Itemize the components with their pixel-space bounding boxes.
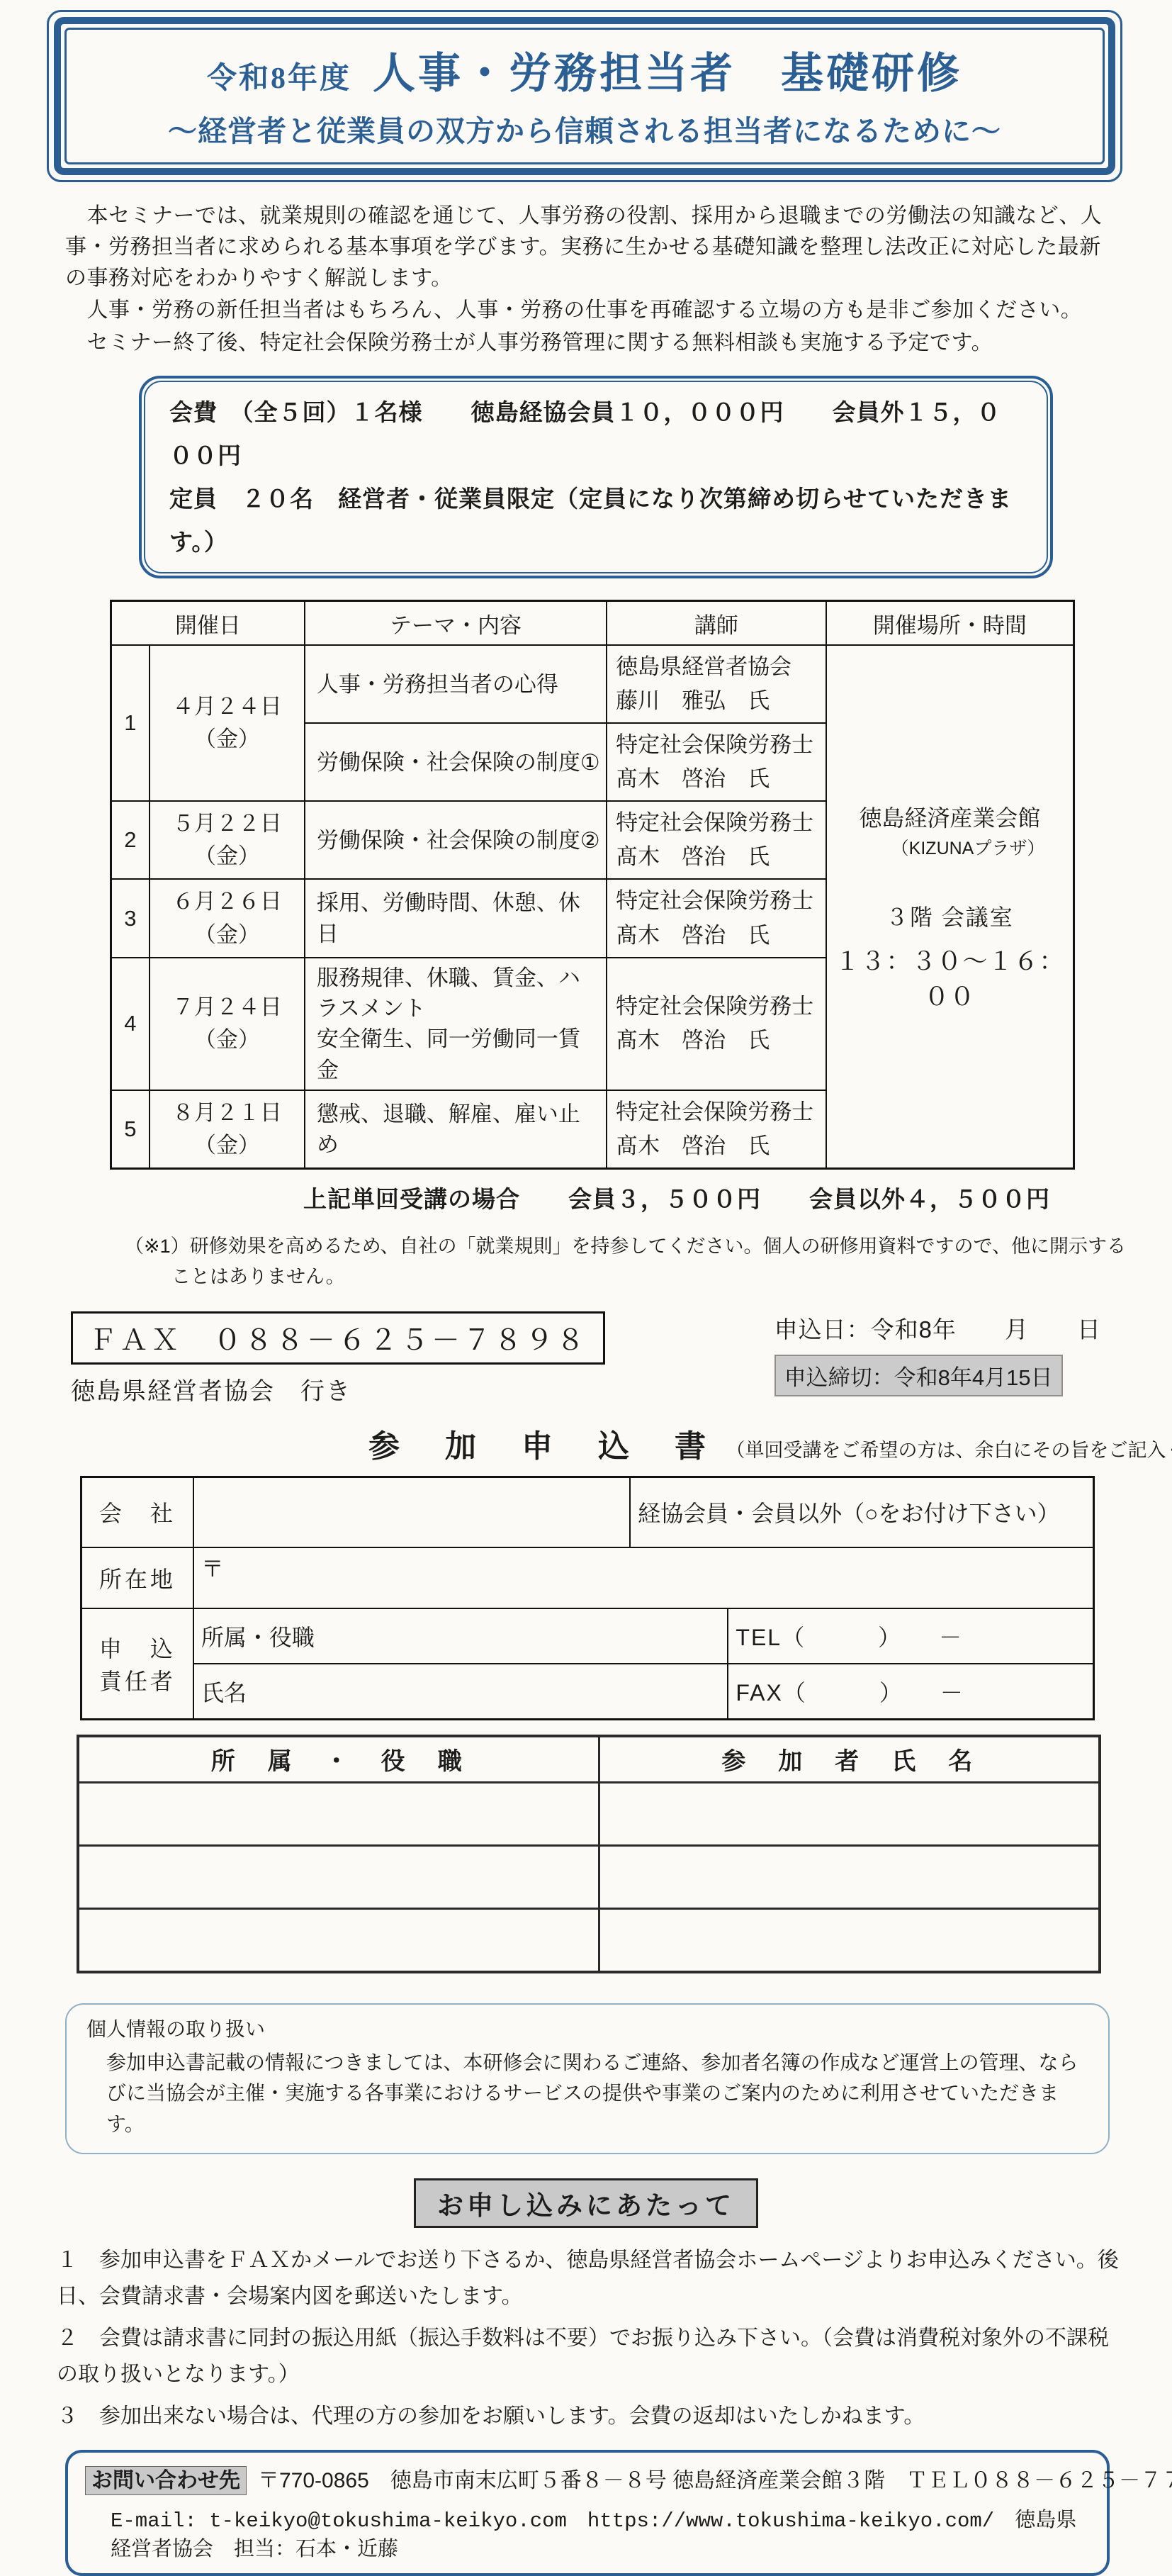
fee-line: 会費 （全５回）１名様 徳島経協会員１０，０００円 会員外１５，０００円 [169,391,1022,477]
session-no: 4 [111,958,150,1091]
applicant-name-row: 氏名 FAX（ ） － [81,1664,1094,1719]
participants-header-name: 参 加 者 氏 名 [599,1736,1100,1783]
session-date: ６月２６日 （金） [150,879,305,957]
membership-select-field[interactable]: 経協会員・会員以外（○をお付け下さい） [630,1477,1093,1547]
session-lecturer: 特定社会保険労務士 髙木 啓治 氏 [607,1090,826,1169]
tel-field[interactable]: TEL（ ） － [728,1608,1093,1664]
session-theme: 労働保険・社会保険の制度② [305,801,607,879]
company-input-field[interactable] [193,1477,630,1547]
participant-row [78,1845,1100,1908]
application-form-table: 会 社 経協会員・会員以外（○をお付け下さい） 所在地 〒 申 込 責任者 所属… [80,1476,1095,1720]
application-note-2: ２ 会費は請求書に同封の振込用紙（振込手数料は不要）でお振り込み下さい。（会費は… [57,2320,1125,2392]
seminar-subtitle: ～経営者と従業員の双方から信頼される担当者になるために～ [72,108,1097,150]
seminar-title: 人事・労務担当者 基礎研修 [373,50,962,97]
venue-cell: 徳島経済産業会館 （KIZUNAプラザ） ３階 会議室 １３：３０～１６：００ [826,645,1074,1169]
participants-table: 所 属 ・ 役 職 参 加 者 氏 名 [77,1735,1101,1973]
table-row: 1 ４月２４日 （金） 人事・労務担当者の心得 徳島県経営者協会 藤川 雅弘 氏… [111,645,1074,723]
session-lecturer: 徳島県経営者協会 藤川 雅弘 氏 [607,645,826,723]
session-theme: 労働保険・社会保険の制度① [305,723,607,801]
session-no: 5 [111,1090,150,1169]
address-row: 所在地 〒 [81,1547,1094,1608]
address-label: 所在地 [81,1547,193,1608]
venue-time: １３：３０～１６：００ [828,942,1072,1013]
session-no: 1 [111,645,150,801]
session-lecturer: 特定社会保険労務士 髙木 啓治 氏 [607,879,826,957]
applicant-position-row: 申 込 責任者 所属・役職 TEL（ ） － [81,1608,1094,1664]
session-theme: 服務規律、休職、賃金、ハラスメント 安全衛生、同一労働同一賃金 [305,958,607,1091]
header-lecturer: 講師 [607,601,826,646]
application-form-title: 参 加 申 込 書 [368,1429,713,1464]
session-date: ７月２４日 （金） [150,958,305,1091]
page-title: 令和8年度 人事・労務担当者 基礎研修 [72,40,1097,101]
intro-paragraph-3: セミナー終了後、特定社会保険労務士が人事労務管理に関する無料相談も実施する予定で… [65,327,1112,359]
session-theme: 懲戒、退職、解雇、雇い止め [305,1090,607,1169]
company-label: 会 社 [81,1477,193,1547]
fiscal-year: 令和8年度 [207,62,351,95]
participants-header-row: 所 属 ・ 役 職 参 加 者 氏 名 [78,1736,1100,1783]
application-notes-list: １ 参加申込書をＦＡＸかメールでお送り下さるか、徳島県経営者協会ホームページより… [57,2242,1125,2434]
apply-date-line: 申込日：令和8年 月 日 [774,1311,1101,1345]
privacy-box: 個人情報の取り扱い 参加申込書記載の情報につきましては、本研修会に関わるご連絡、… [65,2003,1110,2155]
address-input-field[interactable]: 〒 [193,1547,1094,1608]
header-theme: テーマ・内容 [305,601,607,646]
header-venue: 開催場所・時間 [826,601,1074,646]
company-row: 会 社 経協会員・会員以外（○をお付け下さい） [81,1477,1094,1547]
applicant-position-field[interactable]: 所属・役職 [193,1608,728,1664]
participant-position-field[interactable] [78,1782,599,1845]
intro-paragraph-2: 人事・労務の新任担当者はもちろん、人事・労務の仕事を再確認する立場の方も是非ご参… [65,295,1112,326]
header-date: 開催日 [111,601,305,646]
fax-apply-row: ＦＡＸ ０８８－６２５－７８９８ 徳島県経営者協会 行き 申込日：令和8年 月 … [71,1311,1101,1406]
contact-email-web: E-mail: t-keikyo@tokushima-keikyo.com ht… [111,2504,1090,2562]
footnote-1: （※1）研修効果を高めるため、自社の「就業規則」を持参してください。個人の研修用… [125,1231,1172,1292]
privacy-title: 個人情報の取り扱い [86,2015,1088,2045]
capacity-line: 定員 ２０名 経営者・従業員限定（定員になり次第締め切らせていただきます。） [169,477,1022,564]
application-note-1: １ 参加申込書をＦＡＸかメールでお送り下さるか、徳島県経営者協会ホームページより… [57,2242,1125,2314]
session-date: ８月２１日 （金） [150,1090,305,1169]
venue-plaza: （KIZUNAプラザ） [891,834,1072,860]
applicant-name-field[interactable]: 氏名 [193,1664,728,1719]
application-form-title-row: 参 加 申 込 書 （単回受講をご希望の方は、余白にその旨をご記入ください。） [368,1421,1172,1466]
apply-deadline-badge: 申込締切：令和8年4月15日 [774,1355,1063,1396]
participant-name-field[interactable] [599,1782,1100,1845]
participants-header-position: 所 属 ・ 役 職 [78,1736,599,1783]
application-notes-heading: お申し込みにあたって [414,2178,758,2228]
participant-name-field[interactable] [599,1845,1100,1908]
venue-room: ３階 会議室 [828,900,1072,932]
participant-row [78,1908,1100,1972]
participant-position-field[interactable] [78,1908,599,1972]
contact-address: 〒770-0865 徳島市南末広町５番８－８号 徳島経済産業会館３階 ＴＥＬ０８… [258,2469,1172,2492]
applicant-label: 申 込 責任者 [81,1608,193,1719]
application-form-title-note: （単回受講をご希望の方は、余白にその旨をご記入ください。） [726,1440,1172,1461]
schedule-header-row: 開催日 テーマ・内容 講師 開催場所・時間 [111,601,1074,646]
session-theme: 採用、労働時間、休憩、休日 [305,879,607,957]
contact-label: お問い合わせ先 [85,2466,247,2495]
session-date: ５月２２日 （金） [150,801,305,879]
session-lecturer: 特定社会保険労務士 髙木 啓治 氏 [607,723,826,801]
schedule-table: 開催日 テーマ・内容 講師 開催場所・時間 1 ４月２４日 （金） 人事・労務担… [110,600,1075,1170]
intro-text: 本セミナーでは、就業規則の確認を通じて、人事労務の役割、採用から退職までの労働法… [65,201,1112,359]
fee-box: 会費 （全５回）１名様 徳島経協会員１０，０００円 会員外１５，０００円 定員 … [139,376,1053,578]
session-lecturer: 特定社会保険労務士 髙木 啓治 氏 [607,958,826,1091]
seminar-flyer-page: 令和8年度 人事・労務担当者 基礎研修 ～経営者と従業員の双方から信頼される担当… [0,0,1172,2576]
session-no: 2 [111,801,150,879]
participant-position-field[interactable] [78,1845,599,1908]
fax-addressee: 徳島県経営者協会 行き [71,1372,605,1406]
fax-number-box: ＦＡＸ ０８８－６２５－７８９８ [71,1311,605,1365]
session-date: ４月２４日 （金） [150,645,305,801]
session-no: 3 [111,879,150,957]
fax-field[interactable]: FAX（ ） － [728,1664,1093,1719]
session-lecturer: 特定社会保険労務士 髙木 啓治 氏 [607,801,826,879]
participant-row [78,1782,1100,1845]
single-session-fee: 上記単回受講の場合 会員３，５００円 会員以外４，５００円 [303,1181,1172,1214]
venue-name: 徳島経済産業会館 [828,800,1072,833]
intro-paragraph-1: 本セミナーでは、就業規則の確認を通じて、人事労務の役割、採用から退職までの労働法… [65,201,1112,293]
participant-name-field[interactable] [599,1908,1100,1972]
privacy-body: 参加申込書記載の情報につきましては、本研修会に関わるご連絡、参加者名簿の作成など… [106,2048,1088,2140]
application-note-3: ３ 参加出来ない場合は、代理の方の参加をお願いします。会費の返却はいたしかねます… [57,2398,1125,2434]
title-banner: 令和8年度 人事・労務担当者 基礎研修 ～経営者と従業員の双方から信頼される担当… [47,10,1122,182]
contact-box: お問い合わせ先〒770-0865 徳島市南末広町５番８－８号 徳島経済産業会館３… [65,2450,1110,2576]
session-theme: 人事・労務担当者の心得 [305,645,607,723]
